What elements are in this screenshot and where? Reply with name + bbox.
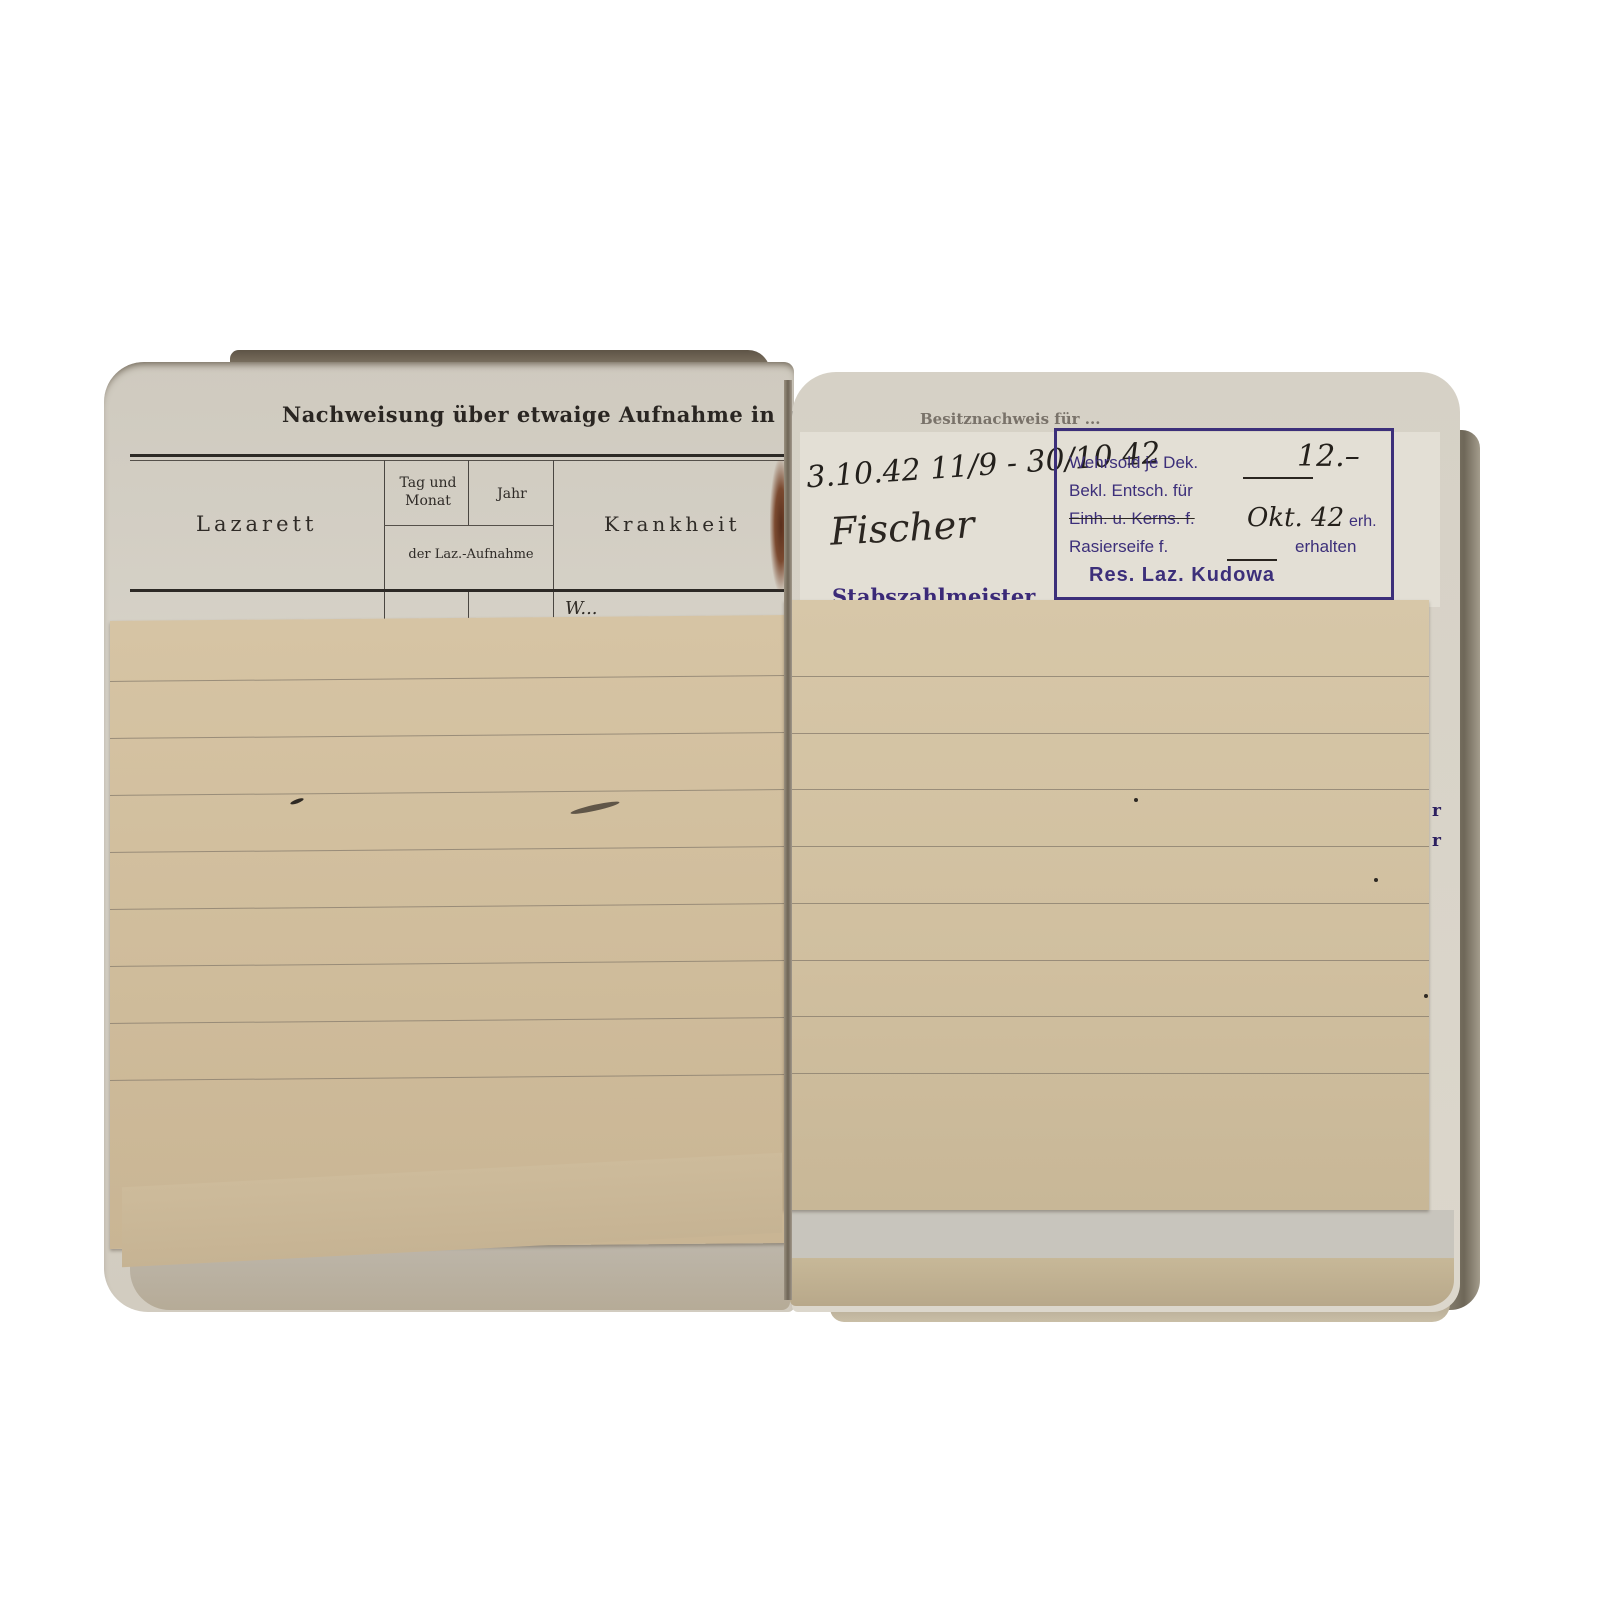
stamp-suffix-erhalten: erhalten [1295,537,1356,557]
table-top-rule-thin [130,460,790,461]
ink-smudge [570,799,620,816]
lined-insert-left-half [110,615,786,1249]
column-header-tag-und-monat: Tag und Monat [392,474,464,510]
ruled-line [784,1073,1429,1074]
table-top-rule [130,454,790,457]
ruled-line [784,960,1429,961]
ruled-line [110,903,786,910]
ruled-line [110,789,786,796]
book-gutter [784,380,792,1300]
margin-stamp-char: r [1432,826,1441,856]
ruled-line [110,846,786,853]
column-header-jahr: Jahr [478,486,546,502]
handwritten-dash [1227,559,1277,561]
ink-dot [1374,878,1378,882]
ruled-line [784,789,1429,790]
handwritten-month: Okt. 42 [1247,503,1344,533]
ruled-line [110,675,786,682]
column-divider [384,592,385,622]
ruled-line [784,733,1429,734]
ruled-line [784,903,1429,904]
column-header-lazarett: Lazarett [196,512,317,536]
right-page-faded-header: Besitznachweis für ... [920,410,1100,428]
right-page-bottom-strip [790,1210,1454,1260]
stamp-line-rasierseife: Rasierseife f. [1069,537,1168,557]
ruled-line [110,960,786,967]
column-divider [468,460,469,526]
ruled-line [110,1017,786,1024]
column-header-krankheit: Krankheit [604,512,741,536]
stamp-issuer: Res. Laz. Kudowa [1089,564,1275,587]
left-page-title: Nachweisung über etwaige Aufnahme in ein [282,402,821,427]
ink-dot [1134,798,1138,802]
stamp-line-einh: Einh. u. Kerns. f. [1069,509,1195,529]
ruled-line [110,732,786,739]
stamp-line-bekl: Bekl. Entsch. für [1069,481,1193,501]
column-header-laz-aufnahme: der Laz.-Aufnahme [388,547,554,562]
stamp-suffix-erh: erh. [1349,513,1377,531]
pay-stamp: Wehrsold je Dek. Bekl. Entsch. für Einh.… [1054,428,1394,600]
ruled-line [784,676,1429,677]
margin-stamp-char: r [1432,796,1441,826]
ruled-line [784,1016,1429,1017]
handwritten-amount: 12.– [1297,439,1360,474]
lined-insert-right-half [784,600,1429,1210]
table-header-bottom-rule [130,589,790,592]
ruled-line [110,1074,786,1081]
handwritten-dash [1243,477,1313,479]
handwritten-signature: Fischer [829,502,976,553]
right-page-bottom-edge [790,1258,1454,1306]
ink-smudge [290,797,305,806]
ink-dot [1424,994,1428,998]
stamp-line-wehrsold: Wehrsold je Dek. [1069,453,1198,473]
subheader-rule [384,525,554,526]
margin-stamp-fragment: r r [1432,796,1441,856]
ruled-line [784,846,1429,847]
